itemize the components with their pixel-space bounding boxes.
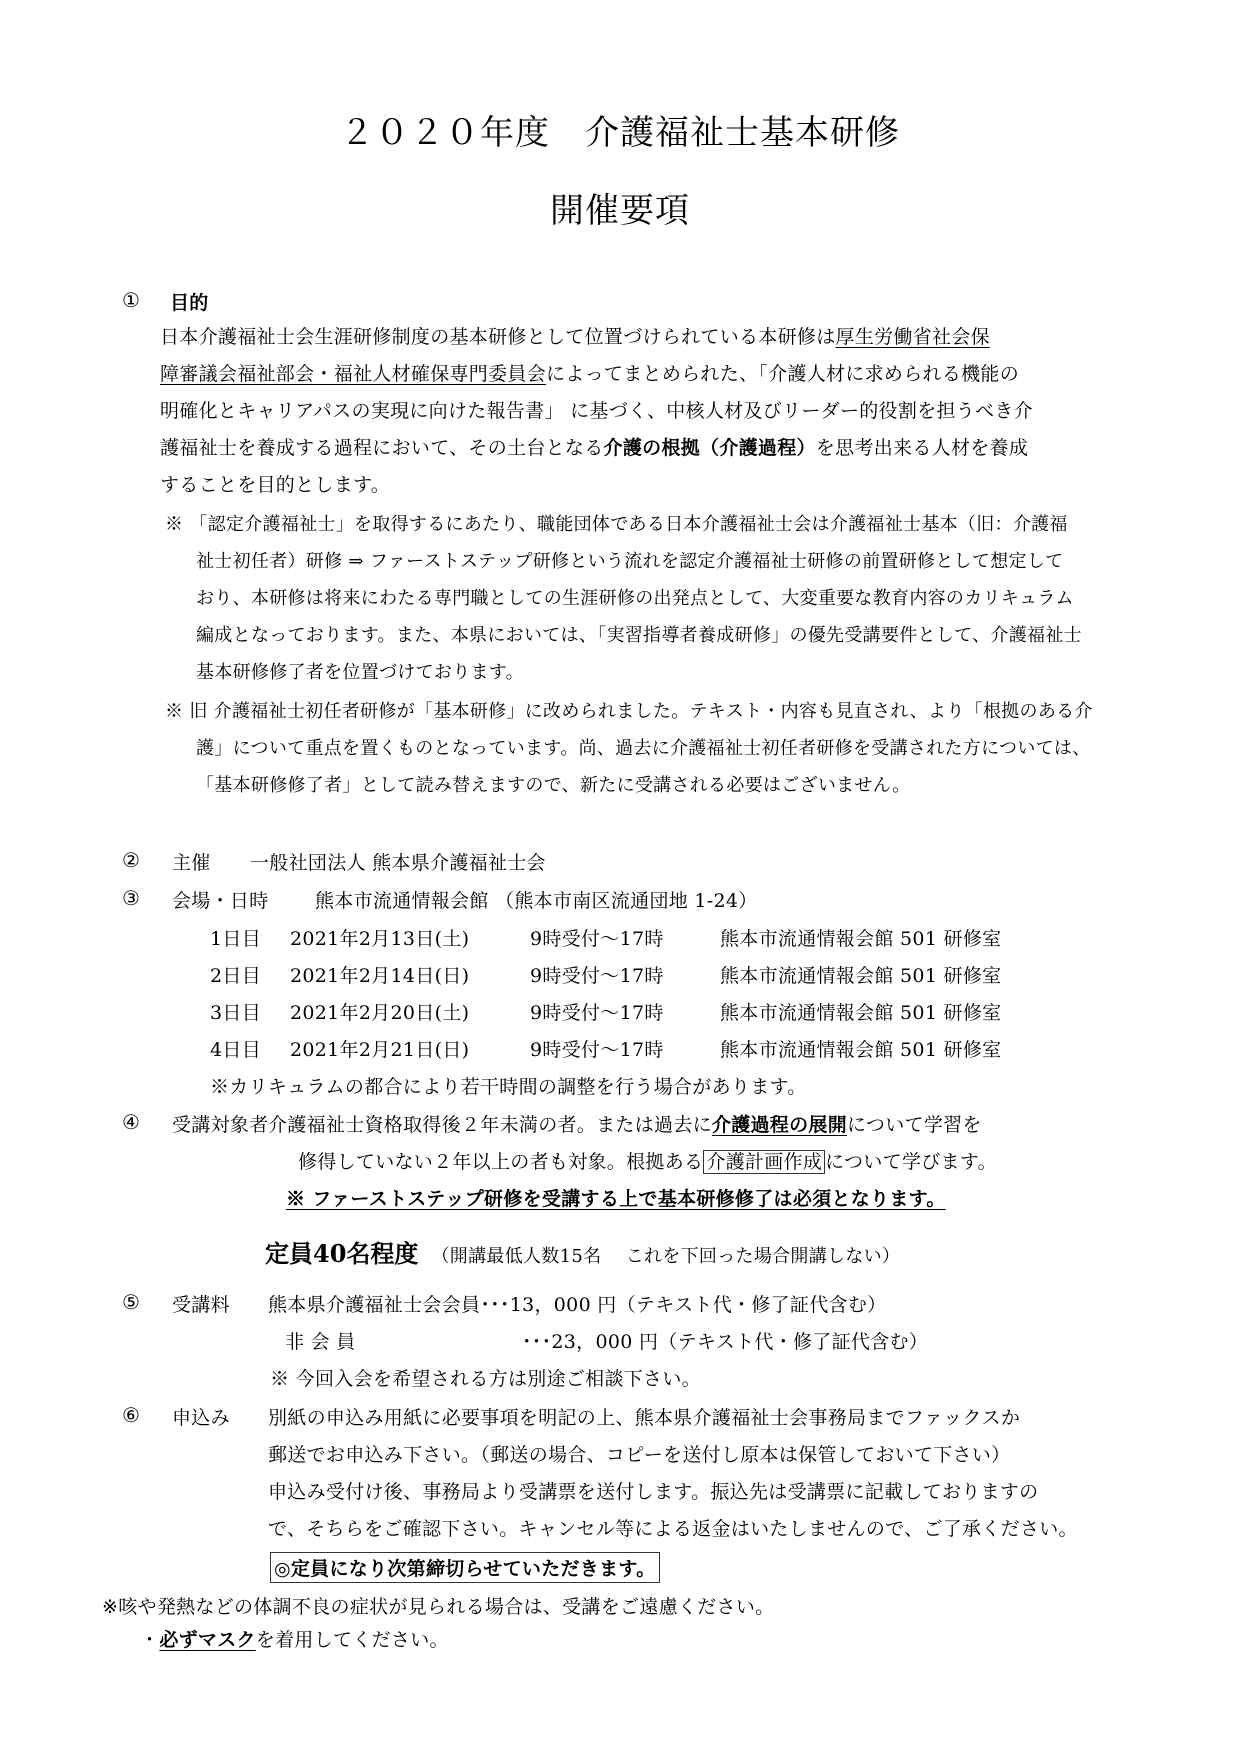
purpose-line-5: することを目的とします。	[160, 470, 390, 497]
note1-line-5: 基本研修修了者を位置づけております。	[196, 658, 524, 684]
schedule-time: 9時受付～17時	[530, 1035, 720, 1062]
schedule-place: 熊本市流通情報会館 501 研修室	[720, 965, 1001, 987]
purpose-line-1: 日本介護福祉士会生涯研修制度の基本研修として位置づけられている本研修は厚生労働省…	[160, 322, 990, 349]
apply-line-1: 別紙の申込み用紙に必要事項を明記の上、熊本県介護福祉士会事務局までファックスか	[268, 1403, 1020, 1430]
section-1-heading: 目的	[170, 288, 209, 315]
schedule-day: 4日目	[210, 1035, 290, 1062]
schedule-time: 9時受付～17時	[530, 998, 720, 1025]
section-4-label: 受講対象者	[172, 1110, 269, 1137]
schedule-date: 2021年2月13日(土)	[290, 924, 530, 951]
section-3-label: 会場・日時	[172, 886, 269, 913]
target-text: について学びます。	[825, 1151, 997, 1173]
apply-line-3: 申込み受付け後、事務局より受講票を送付します。振込先は受講票に記載しておりますの	[268, 1477, 1038, 1504]
capacity-main: 定員40名程度	[265, 1239, 418, 1268]
schedule-place: 熊本市流通情報会館 501 研修室	[720, 928, 1001, 950]
purpose-line-4: 護福祉士を養成する過程において、その土台となる介護の根拠（介護過程）を思考出来る…	[160, 433, 1028, 460]
document-subtitle: 開催要項	[0, 183, 1240, 232]
schedule-row: 1日目2021年2月13日(土)9時受付～17時熊本市流通情報会館 501 研修…	[210, 924, 1001, 951]
schedule-day: 3日目	[210, 998, 290, 1025]
required-note: ※ ファーストステップ研修を受講する上で基本研修修了は必須となります。	[286, 1184, 946, 1211]
section-6-number: ⑥	[122, 1403, 140, 1427]
purpose-text: によってまとめられた、「介護人材に求められる機能の	[546, 363, 1019, 385]
section-5-number: ⑤	[122, 1290, 140, 1314]
purpose-line-3: 明確化とキャリアパスの実現に向けた報告書」 に基づく、中核人材及びリーダー的役割…	[160, 396, 1033, 423]
schedule-date: 2021年2月21日(日)	[290, 1035, 530, 1062]
fee-nonmember-label: 非 会 員	[285, 1327, 356, 1354]
schedule-time: 9時受付～17時	[530, 924, 720, 951]
schedule-day: 1日目	[210, 924, 290, 951]
note2-line-1: ※ 旧 介護福祉士初任者研修が「基本研修」に改められました。テキスト・内容も見直…	[165, 697, 1093, 723]
target-text: 介護福祉士資格取得後２年未満の者。または過去に	[268, 1114, 712, 1136]
schedule-row: 4日目2021年2月21日(日)9時受付～17時熊本市流通情報会館 501 研修…	[210, 1035, 1001, 1062]
bullet: ・	[140, 1629, 159, 1651]
schedule-time: 9時受付～17時	[530, 961, 720, 988]
health-note: ※咳や発熱などの体調不良の症状が見られる場合は、受講をご遠慮ください。	[102, 1592, 774, 1619]
organizer: 一般社団法人 熊本県介護福祉士会	[250, 848, 546, 875]
purpose-text: を思考出来る人材を養成	[816, 437, 1028, 459]
purpose-bold-text: 介護の根拠（介護過程）	[604, 437, 816, 459]
section-3-number: ③	[122, 886, 140, 910]
apply-line-2: 郵送でお申込み下さい。（郵送の場合、コピーを送付し原本は保管しておいて下さい）	[268, 1440, 1010, 1467]
deadline-note: ◎定員になり次第締切らせていただきます。	[270, 1552, 660, 1583]
target-line-1: 介護福祉士資格取得後２年未満の者。または過去に介護過程の展開について学習を	[268, 1110, 982, 1137]
schedule-place: 熊本市流通情報会館 501 研修室	[720, 1039, 1001, 1061]
schedule-row: 3日目2021年2月20日(土)9時受付～17時熊本市流通情報会館 501 研修…	[210, 998, 1001, 1025]
schedule-place: 熊本市流通情報会館 501 研修室	[720, 1002, 1001, 1024]
note1-line-1: ※ 「認定介護福祉士」を取得するにあたり、職能団体である日本介護福祉士会は介護福…	[165, 510, 1068, 536]
section-4-number: ④	[122, 1110, 140, 1134]
fee-member-row: 熊本県介護福祉士会会員･･･13，000 円（テキスト代・修了証代含む）	[268, 1290, 886, 1317]
note2-line-3: 「基本研修修了者」として読み替えますので、新たに受講される必要はございません。	[196, 771, 910, 797]
section-2-number: ②	[122, 848, 140, 872]
fee-note: ※ 今回入会を希望される方は別途ご相談下さい。	[270, 1364, 701, 1391]
purpose-underlined-text: 厚生労働省社会保	[836, 326, 990, 348]
note1-line-2: 祉士初任者）研修 ⇒ ファーストステップ研修という流れを認定介護福祉士研修の前置…	[196, 547, 1063, 573]
schedule-day: 2日目	[210, 961, 290, 988]
note1-line-4: 編成となっております。また、本県においては、「実習指導者養成研修」の優先受講要件…	[196, 621, 1082, 647]
section-1-number: ①	[122, 288, 140, 312]
capacity-row: 定員40名程度 （開講最低人数15名 これを下回った場合開講しない）	[265, 1234, 900, 1269]
schedule-note: ※カリキュラムの都合により若干時間の調整を行う場合があります。	[210, 1072, 807, 1099]
schedule-date: 2021年2月14日(日)	[290, 961, 530, 988]
target-text: 修得していない２年以上の者も対象。根拠ある	[298, 1151, 703, 1173]
target-line-2: 修得していない２年以上の者も対象。根拠ある介護計画作成について学びます。	[298, 1147, 997, 1174]
schedule-row: 2日目2021年2月14日(日)9時受付～17時熊本市流通情報会館 501 研修…	[210, 961, 1001, 988]
mask-note: ・必ずマスクを着用してください。	[140, 1625, 449, 1652]
note2-line-2: 護」について重点を置くものとなっています。尚、過去に介護福祉士初任者研修を受講さ…	[196, 734, 1091, 760]
document-title: ２０２０年度 介護福祉士基本研修	[0, 105, 1240, 154]
target-text: について学習を	[847, 1114, 982, 1136]
purpose-text: 護福祉士を養成する過程において、その土台となる	[160, 437, 604, 459]
apply-line-4: で、そちらをご確認下さい。キャンセル等による返金はいたしませんので、ご了承くださ…	[268, 1514, 1078, 1541]
note1-line-3: おり、本研修は将来にわたる専門職としての生涯研修の出発点として、大変重要な教育内…	[196, 584, 1074, 610]
section-2-label: 主催	[172, 848, 211, 875]
capacity-sub: （開講最低人数15名 これを下回った場合開講しない）	[432, 1246, 901, 1267]
section-6-label: 申込み	[172, 1403, 230, 1430]
purpose-text: 日本介護福祉士会生涯研修制度の基本研修として位置づけられている本研修は	[160, 326, 836, 348]
section-5-label: 受講料	[172, 1290, 230, 1317]
fee-member-label: 熊本県介護福祉士会会員	[268, 1294, 480, 1316]
venue: 熊本市流通情報会館 （熊本市南区流通団地 1-24）	[315, 886, 758, 913]
purpose-underlined-text: 障審議会福祉部会・福祉人材確保専門委員会	[160, 363, 546, 385]
schedule-date: 2021年2月20日(土)	[290, 998, 530, 1025]
fee-member-amount: ･･･13，000 円（テキスト代・修了証代含む）	[480, 1294, 886, 1316]
mask-text: を着用してください。	[256, 1629, 449, 1651]
target-underlined-text: 介護過程の展開	[712, 1114, 847, 1136]
target-boxed-text: 介護計画作成	[703, 1150, 825, 1174]
fee-nonmember-amount: ･･･23，000 円（テキスト代・修了証代含む）	[522, 1327, 928, 1354]
purpose-line-2: 障審議会福祉部会・福祉人材確保専門委員会によってまとめられた、「介護人材に求めら…	[160, 359, 1019, 386]
mask-underlined-text: 必ずマスク	[159, 1629, 256, 1651]
